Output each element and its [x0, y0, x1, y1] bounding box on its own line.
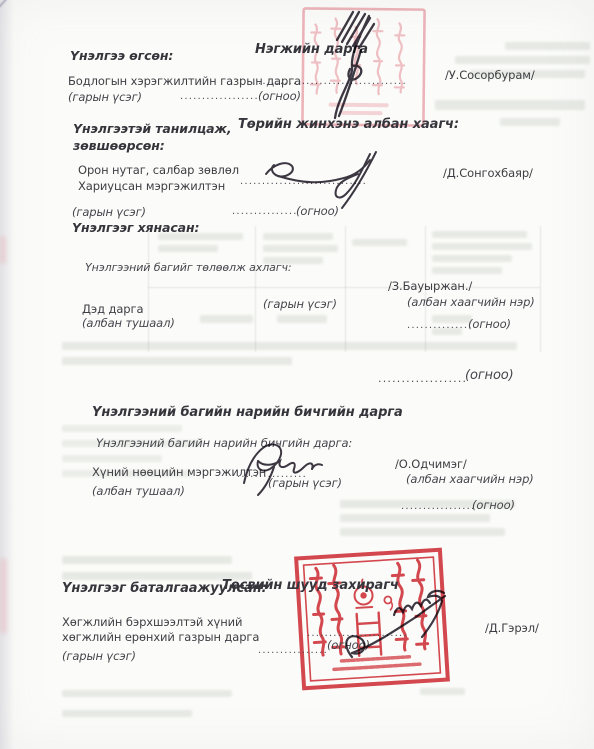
approved-officer-name: /Д.Гэрэл/ [485, 621, 539, 635]
acq-row-line2: Хариуцсан мэргэжилтэн [78, 179, 225, 193]
secretary-heading: Үнэлгээний багийн нарийн бичгийн дарга [92, 405, 403, 420]
checked-date-line-2: ................... [378, 372, 467, 385]
scan-edge-shadow [0, 0, 14, 749]
checked-position: Дэд дарга [82, 302, 143, 316]
edge-pink-smudge [0, 558, 7, 634]
checked-heading: Үнэлгээг хянасан: [72, 220, 199, 235]
checked-name-label: (албан хаагчийн нэр) [407, 295, 535, 309]
secretary-officer-name: /О.Одчимэг/ [395, 457, 467, 471]
checked-date-label-1: (огноо) [468, 317, 511, 331]
approved-row-line2: хөгжлийн ерөнхий газрын дарга [62, 630, 259, 644]
signature-given [325, 10, 380, 124]
checked-signature-label: (гарын үсэг) [263, 297, 337, 311]
signature-acquainted [256, 148, 386, 214]
acq-heading-line1: Үнэлгээтэй танилцаж, [73, 121, 232, 136]
checked-position-label: (албан тушаал) [82, 316, 175, 330]
approved-row-line1: Хөгжлийн бэрхшээлтэй хүний [62, 615, 242, 629]
signature-approved [328, 583, 453, 672]
edge-pink-smudge [0, 236, 6, 264]
acq-heading-line2: зөвшөөрсөн: [73, 138, 165, 153]
approved-signature-label: (гарын үсэг) [62, 649, 136, 663]
acq-officer-name: /Д.Сонгохбаяр/ [443, 166, 533, 180]
acq-row-line1: Орон нутаг, салбар зөвлөл [78, 163, 239, 177]
secretary-date-label: (огноо) [472, 498, 515, 512]
given-heading: Үнэлгээ өгсөн: [70, 48, 173, 63]
acq-signature-label: (гарын үсэг) [72, 205, 146, 219]
given-officer-name: /У.Сосорбурам/ [445, 68, 535, 82]
secretary-name-label: (албан хаагчийн нэр) [406, 472, 534, 486]
approved-signature-line: ................ [258, 645, 328, 656]
checked-date-line-1: ............... [407, 320, 473, 331]
checked-officer-name: /З.Бауыржан./ [388, 279, 472, 293]
signature-secretary [230, 437, 330, 501]
given-date-label: (огноо) [258, 89, 301, 103]
scanned-document-page: Үнэлгээ өгсөн: Нэгжийн дарга Бодлогын хэ… [0, 0, 594, 749]
given-signature-label: (гарын үсэг) [68, 90, 142, 104]
given-date-line: .................. [180, 91, 259, 102]
secretary-date-line: ................. [401, 501, 475, 512]
checked-subheading: Үнэлгээний багийг төлөөлж ахлагч: [85, 261, 291, 274]
secretary-position-label: (албан тушаал) [92, 484, 185, 498]
checked-date-label-2: (огноо) [465, 368, 514, 383]
